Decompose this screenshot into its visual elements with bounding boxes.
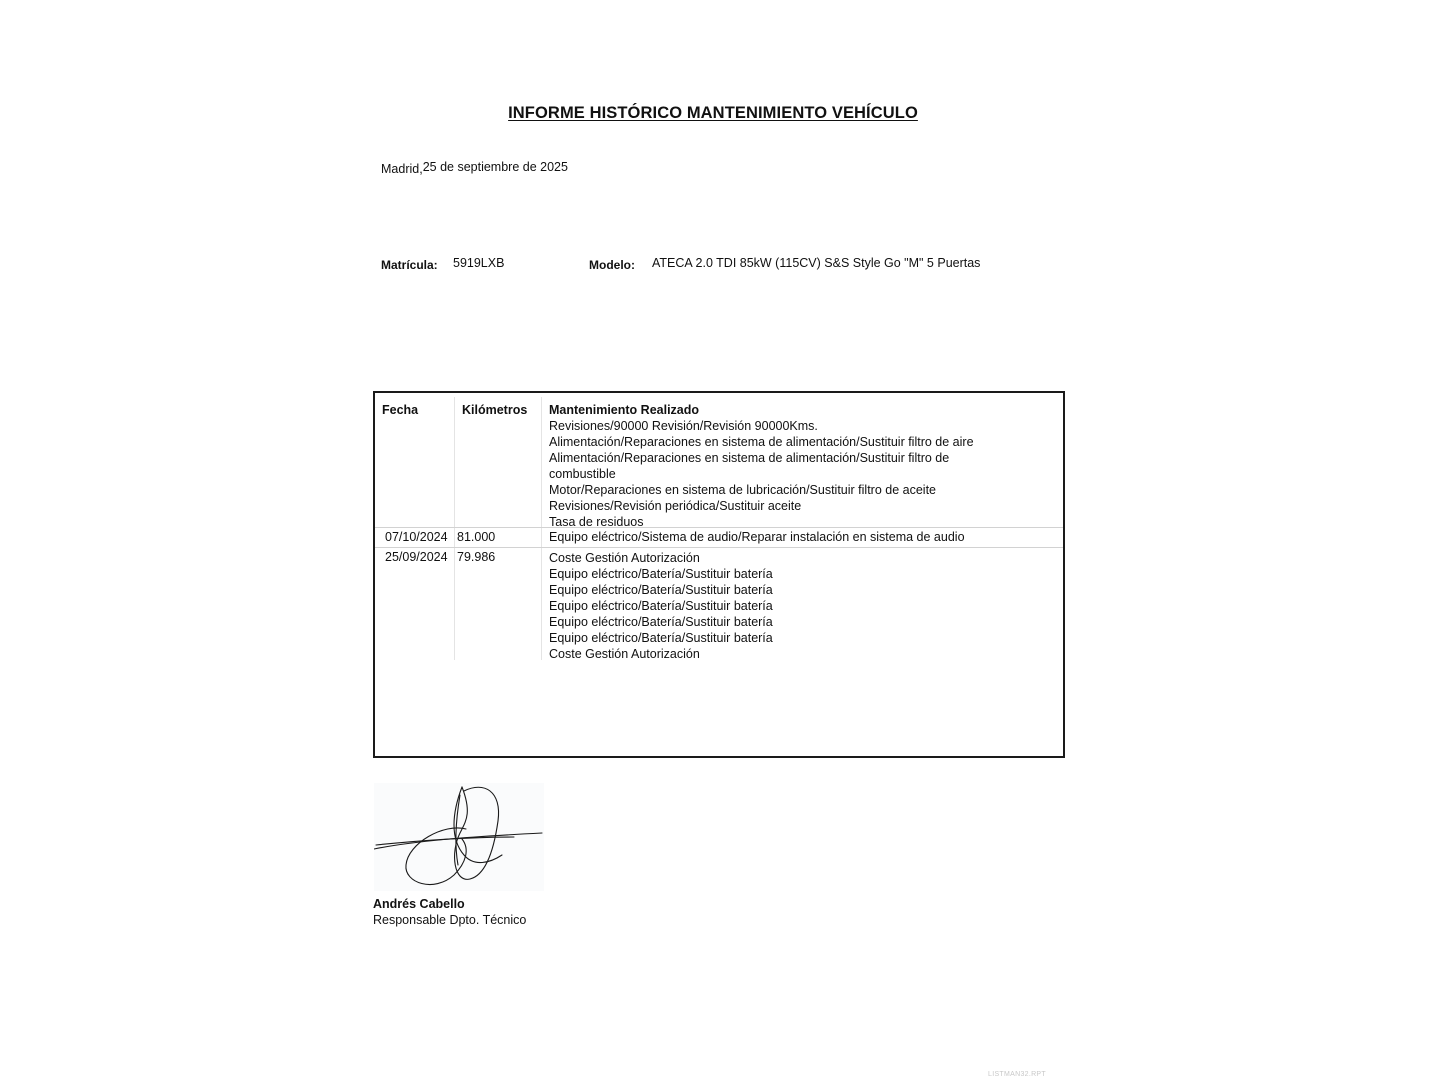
- maintenance-item: Alimentación/Reparaciones en sistema de …: [549, 450, 949, 466]
- maintenance-item: Alimentación/Reparaciones en sistema de …: [549, 434, 974, 450]
- column-divider: [541, 397, 542, 660]
- report-date: 25 de septiembre de 2025: [423, 160, 568, 174]
- column-divider: [454, 397, 455, 660]
- maintenance-item: Equipo eléctrico/Batería/Sustituir bater…: [549, 598, 773, 614]
- maintenance-item: Equipo eléctrico/Batería/Sustituir bater…: [549, 582, 773, 598]
- maintenance-item: Coste Gestión Autorización: [549, 646, 700, 662]
- plate-label: Matrícula:: [381, 258, 438, 272]
- signer-name: Andrés Cabello: [373, 897, 465, 911]
- maintenance-history-table: Fecha Kilómetros Mantenimiento Realizado…: [373, 391, 1065, 758]
- header-date: Fecha: [382, 402, 418, 418]
- signature-icon: [374, 783, 544, 891]
- row-1-km: 81.000: [457, 529, 495, 545]
- report-file-code: LISTMAN32.RPT: [988, 1071, 1046, 1078]
- row-divider: [375, 527, 1063, 528]
- maintenance-item: Equipo eléctrico/Batería/Sustituir bater…: [549, 614, 773, 630]
- model-label: Modelo:: [589, 258, 635, 272]
- row-2-date: 25/09/2024: [385, 549, 448, 565]
- maintenance-item: combustible: [549, 466, 616, 482]
- plate-value: 5919LXB: [453, 256, 504, 270]
- model-value: ATECA 2.0 TDI 85kW (115CV) S&S Style Go …: [652, 256, 980, 270]
- header-km: Kilómetros: [462, 402, 527, 418]
- place: Madrid,: [381, 162, 423, 176]
- row-1-date: 07/10/2024: [385, 529, 448, 545]
- report-title: INFORME HISTÓRICO MANTENIMIENTO VEHÍCULO: [0, 104, 1426, 123]
- maintenance-item: Revisiones/90000 Revisión/Revisión 90000…: [549, 418, 818, 434]
- row-2-km: 79.986: [457, 549, 495, 565]
- maintenance-item: Revisiones/Revisión periódica/Sustituir …: [549, 498, 801, 514]
- maintenance-item: Equipo eléctrico/Batería/Sustituir bater…: [549, 630, 773, 646]
- place-and-date: Madrid,25 de septiembre de 2025: [381, 160, 568, 174]
- row-1-item: Equipo eléctrico/Sistema de audio/Repara…: [549, 529, 965, 545]
- header-maintenance: Mantenimiento Realizado: [549, 402, 699, 418]
- maintenance-item: Equipo eléctrico/Batería/Sustituir bater…: [549, 566, 773, 582]
- maintenance-item: Motor/Reparaciones en sistema de lubrica…: [549, 482, 936, 498]
- signer-role: Responsable Dpto. Técnico: [373, 913, 526, 927]
- row-divider: [375, 547, 1063, 548]
- maintenance-item: Coste Gestión Autorización: [549, 550, 700, 566]
